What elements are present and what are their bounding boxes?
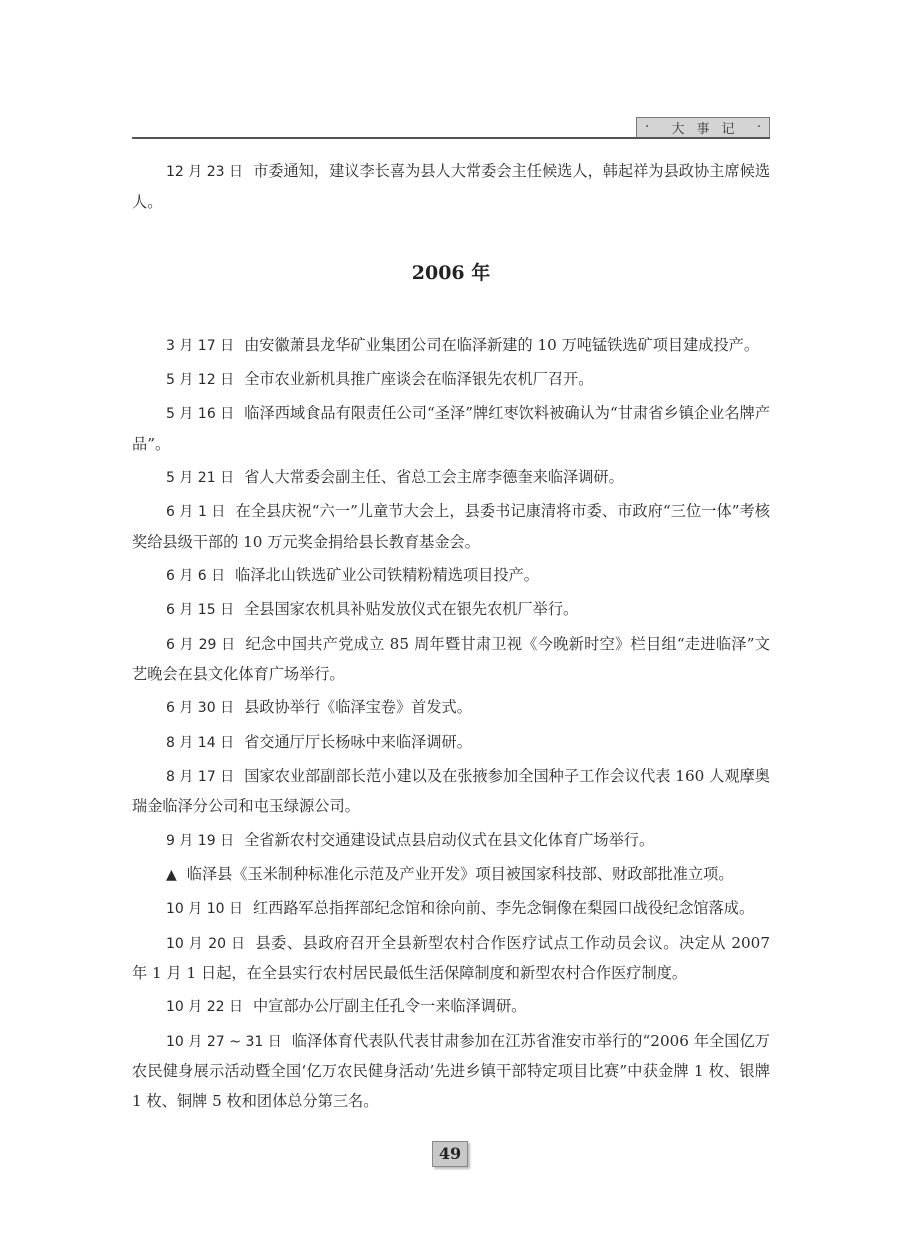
entry-text: 临泽北山铁选矿业公司铁精粉精选项目投产。 bbox=[235, 566, 539, 584]
entry-date: 5 月 21 日 bbox=[166, 470, 234, 486]
entry-date: 10 月 22 日 bbox=[166, 999, 243, 1015]
entry-date: 5 月 16 日 bbox=[166, 406, 234, 422]
entry-text: 在全县庆祝“六一”儿童节大会上，县委书记康清将市委、市政府“三位一体”考核奖给县… bbox=[132, 502, 770, 551]
section-tag-title: 大事记 bbox=[671, 118, 746, 137]
entry-text: 临泽县《玉米制种标准化示范及产业开发》项目被国家科技部、财政部批准立项。 bbox=[187, 865, 734, 883]
entry-date: 10 月 27 ~ 31 日 bbox=[166, 1034, 282, 1050]
entry-date: 8 月 17 日 bbox=[166, 769, 234, 785]
entry-date: 5 月 12 日 bbox=[166, 372, 234, 388]
entry-text: 全省新农村交通建设试点县启动仪式在县文化体育广场举行。 bbox=[244, 831, 654, 849]
entry-text: 由安徽萧县龙华矿业集团公司在临泽新建的 10 万吨锰铁选矿项目建成投产。 bbox=[244, 336, 759, 354]
chronicle-entry: 8 月 17 日国家农业部副部长范小建以及在张掖参加全国种子工作会议代表 160… bbox=[132, 762, 770, 822]
section-tag: · 大事记 · bbox=[636, 117, 770, 137]
chronicle-entry: 9 月 19 日全省新农村交通建设试点县启动仪式在县文化体育广场举行。 bbox=[132, 826, 770, 857]
chronicle-entry: 10 月 22 日中宣部办公厅副主任孔令一来临泽调研。 bbox=[132, 992, 770, 1023]
section-tag-dot-right: · bbox=[757, 120, 761, 135]
entry-text: 全市农业新机具推广座谈会在临泽银先农机厂召开。 bbox=[244, 370, 593, 388]
page-number: 49 bbox=[432, 1141, 468, 1167]
chronicle-entry: 3 月 17 日由安徽萧县龙华矿业集团公司在临泽新建的 10 万吨锰铁选矿项目建… bbox=[132, 331, 770, 362]
chronicle-entry: 6 月 29 日纪念中国共产党成立 85 周年暨甘肃卫视《今晚新时空》栏目组“走… bbox=[132, 630, 770, 690]
chronicle-entry: 5 月 16 日临泽西域食品有限责任公司“圣泽”牌红枣饮料被确认为“甘肃省乡镇企… bbox=[132, 399, 770, 459]
entry-date: 10 月 10 日 bbox=[166, 901, 243, 917]
chronicle-entry: 12 月 23 日市委通知，建议李长喜为县人大常委会主任候选人，韩起祥为县政协主… bbox=[132, 157, 770, 217]
chronicle-entry: 5 月 12 日全市农业新机具推广座谈会在临泽银先农机厂召开。 bbox=[132, 365, 770, 396]
section-tag-dot-left: · bbox=[645, 120, 649, 135]
chronicle-entry: ▲临泽县《玉米制种标准化示范及产业开发》项目被国家科技部、财政部批准立项。 bbox=[132, 860, 770, 891]
chronicle-entry: 8 月 14 日省交通厅厅长杨咏中来临泽调研。 bbox=[132, 728, 770, 759]
chronicle-entry: 6 月 1 日在全县庆祝“六一”儿童节大会上，县委书记康清将市委、市政府“三位一… bbox=[132, 497, 770, 557]
entry-text: 县政协举行《临泽宝卷》首发式。 bbox=[244, 698, 472, 716]
entry-text: 红西路军总指挥部纪念馆和徐向前、李先念铜像在梨园口战役纪念馆落成。 bbox=[253, 899, 754, 917]
entry-text: 中宣部办公厅副主任孔令一来临泽调研。 bbox=[253, 997, 526, 1015]
page-body: 12 月 23 日市委通知，建议李长喜为县人大常委会主任候选人，韩起祥为县政协主… bbox=[132, 157, 770, 1120]
chronicle-entry: 10 月 10 日红西路军总指挥部纪念馆和徐向前、李先念铜像在梨园口战役纪念馆落… bbox=[132, 894, 770, 925]
chronicle-entry: 5 月 21 日省人大常委会副主任、省总工会主席李德奎来临泽调研。 bbox=[132, 463, 770, 494]
entry-date: 6 月 30 日 bbox=[166, 700, 234, 716]
triangle-bullet-icon: ▲ bbox=[166, 867, 177, 883]
chronicle-entry: 6 月 30 日县政协举行《临泽宝卷》首发式。 bbox=[132, 693, 770, 724]
header-rule bbox=[132, 137, 770, 139]
entry-date: 8 月 14 日 bbox=[166, 735, 234, 751]
entry-text: 全县国家农机具补贴发放仪式在银先农机厂举行。 bbox=[244, 600, 578, 618]
entry-date: 10 月 20 日 bbox=[166, 936, 245, 952]
entry-text: 省交通厅厅长杨咏中来临泽调研。 bbox=[244, 733, 472, 751]
entry-date: 6 月 15 日 bbox=[166, 602, 234, 618]
entry-text: 省人大常委会副主任、省总工会主席李德奎来临泽调研。 bbox=[244, 468, 624, 486]
entry-date: 12 月 23 日 bbox=[166, 164, 243, 180]
entry-date: 3 月 17 日 bbox=[166, 338, 234, 354]
year-heading: 2006 年 bbox=[132, 259, 770, 289]
entry-date: 6 月 29 日 bbox=[166, 637, 235, 653]
chronicle-entry: 10 月 20 日县委、县政府召开全县新型农村合作医疗试点工作动员会议。决定从 … bbox=[132, 929, 770, 989]
chronicle-entry: 10 月 27 ~ 31 日临泽体育代表队代表甘肃参加在江苏省淮安市举行的“20… bbox=[132, 1027, 770, 1117]
entry-date: 6 月 6 日 bbox=[166, 568, 225, 584]
entry-date: 6 月 1 日 bbox=[166, 504, 225, 520]
chronicle-entry: 6 月 6 日临泽北山铁选矿业公司铁精粉精选项目投产。 bbox=[132, 561, 770, 592]
chronicle-entry: 6 月 15 日全县国家农机具补贴发放仪式在银先农机厂举行。 bbox=[132, 595, 770, 626]
entry-date: 9 月 19 日 bbox=[166, 833, 234, 849]
